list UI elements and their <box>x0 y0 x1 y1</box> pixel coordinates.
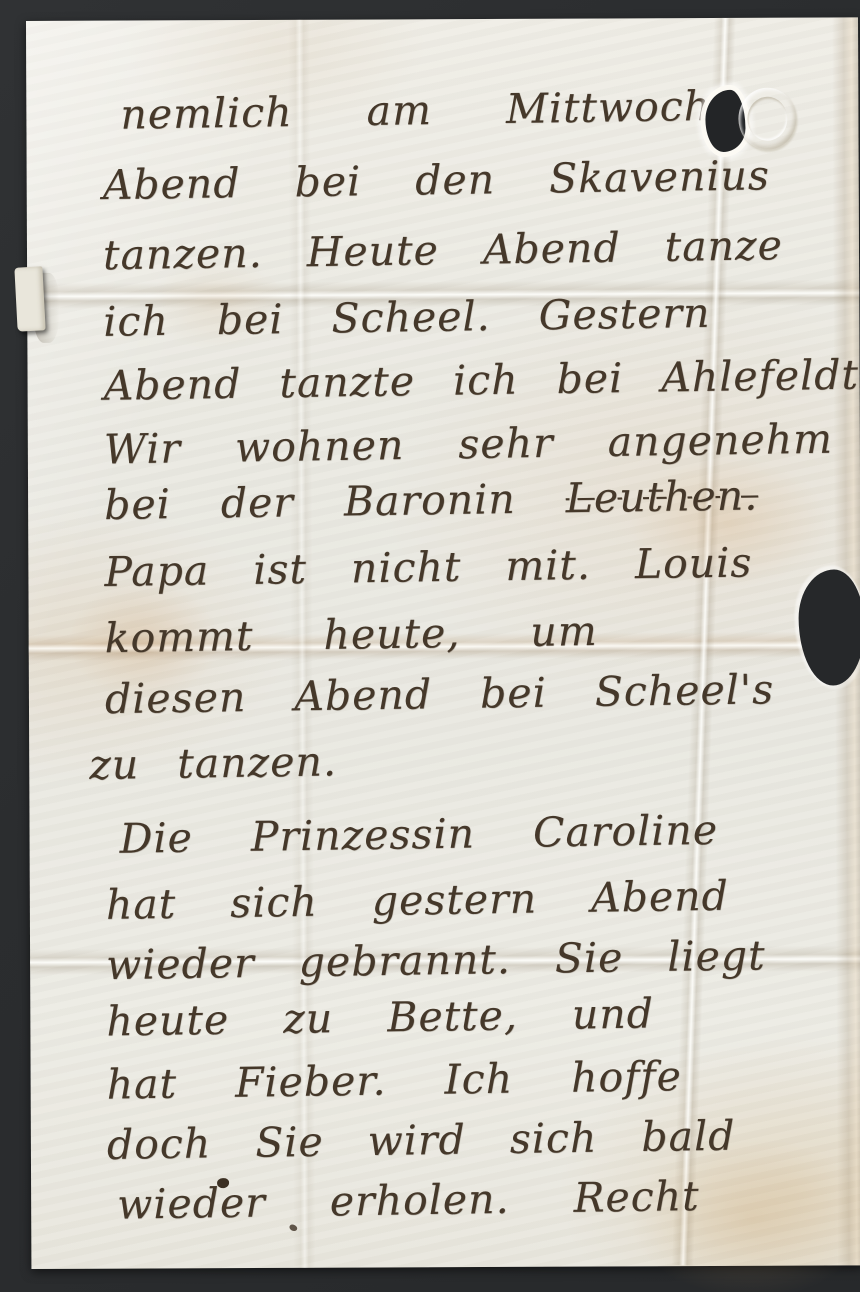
handwriting-line: hat sich gestern Abend <box>106 872 730 929</box>
line-text: wieder erholen. Recht <box>117 1172 700 1229</box>
handwriting-line: bei der Baronin Leuthen. <box>104 471 759 529</box>
handwriting-line: diesen Abend bei Scheel's <box>105 665 775 723</box>
handwriting-line: nemlich am Mittwoch <box>120 82 711 139</box>
line-text: Abend tanzte ich bei Ahlefeldts. <box>103 350 860 410</box>
photo-background: nemlich am Mittwoch Abend bei den Skaven… <box>0 0 860 1292</box>
handwriting-line: Papa ist nicht mit. Louis <box>104 538 753 596</box>
line-text: bei der Baronin <box>104 474 566 529</box>
line-text: wieder gebrannt. Sie liegt <box>106 931 766 989</box>
letter-paper: nemlich am Mittwoch Abend bei den Skaven… <box>26 17 860 1269</box>
line-text: Die Prinzessin Caroline <box>119 806 718 863</box>
handwriting-line: doch Sie wird sich bald <box>107 1112 736 1169</box>
line-text: heute zu Bette, und <box>106 989 654 1045</box>
handwriting-line: Die Prinzessin Caroline <box>119 806 718 863</box>
line-text: Papa ist nicht mit. Louis <box>104 538 753 596</box>
handwriting-line: kommt heute, um <box>104 607 598 662</box>
line-text: ich bei Scheel. Gestern <box>103 289 711 346</box>
line-text: kommt heute, um <box>104 607 598 662</box>
torn-paper-flap <box>14 266 45 331</box>
handwriting-line: Wir wohnen sehr angenehm <box>104 415 834 474</box>
embossed-seal <box>738 88 796 150</box>
line-text: hat Fieber. Ich hoffe <box>106 1052 682 1109</box>
handwriting-line: tanzen. Heute Abend tanze <box>103 221 783 279</box>
handwriting-line: heute zu Bette, und <box>106 989 654 1045</box>
line-text: Wir wohnen sehr angenehm <box>104 415 834 474</box>
handwriting-line: ich bei Scheel. Gestern <box>103 289 711 346</box>
line-text: zu tanzen. <box>89 737 337 789</box>
line-text: nemlich am Mittwoch <box>120 82 711 139</box>
handwriting-line: wieder erholen. Recht <box>117 1172 700 1229</box>
handwritten-text: nemlich am Mittwoch Abend bei den Skaven… <box>26 17 860 1269</box>
line-text: diesen Abend bei Scheel's <box>105 665 775 723</box>
handwriting-line: zu tanzen. <box>89 737 337 789</box>
line-text: Abend bei den Skavenius <box>102 151 770 209</box>
line-text: doch Sie wird sich bald <box>107 1112 736 1169</box>
handwriting-line: Abend tanzte ich bei Ahlefeldts. <box>103 350 860 410</box>
line-text: tanzen. Heute Abend tanze <box>103 221 783 279</box>
handwriting-line: Abend bei den Skavenius <box>102 151 770 209</box>
underlined-name: Leuthen. <box>565 471 758 522</box>
line-text: hat sich gestern Abend <box>106 872 730 929</box>
handwriting-line: wieder gebrannt. Sie liegt <box>106 931 766 989</box>
handwriting-line: hat Fieber. Ich hoffe <box>106 1052 682 1109</box>
